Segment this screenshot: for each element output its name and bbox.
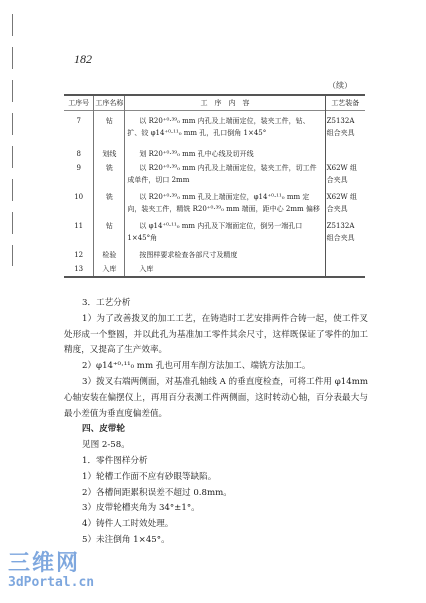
page-number: 182 xyxy=(74,52,92,67)
cell-equipment: X62W 组合夹具 xyxy=(325,161,365,187)
cell-step-content: 以 φ14⁺⁰·¹¹₀ mm 内孔及下端面定位，倒另一端孔口 1×45°角 xyxy=(125,216,325,245)
section-heading-pulley: 四、皮带轮 xyxy=(64,422,368,438)
watermark-cn: 三维网 xyxy=(8,553,94,575)
paragraph: 1）为了改善拨叉的加工工艺，在铸造时工艺安排两件合铸一起，使工件叉处形成一个整圆… xyxy=(64,312,368,359)
cell-equipment xyxy=(325,245,365,262)
header-equipment: 工艺装备 xyxy=(325,95,365,111)
list-item: 1）轮槽工作面不应有砂眼等缺陷。 xyxy=(64,470,368,486)
figure-reference: 见图 2-58。 xyxy=(64,438,368,454)
cell-step-content: 按图样要求检查各部尺寸及精度 xyxy=(125,245,325,262)
list-item: 3）皮带轮槽夹角为 34°±1°。 xyxy=(64,501,368,517)
cell-equipment xyxy=(325,262,365,277)
site-watermark: 三维网 3dPortal.cn xyxy=(8,553,94,590)
cell-equipment: Z5132A 组合夹具 xyxy=(325,111,365,141)
process-table: 工序号 工序名称 工 序 内 容 工艺装备 7 钻 以 R20⁺⁰·³⁹₀ mm… xyxy=(64,94,365,278)
subsection-heading-drawing-analysis: 1．零件图样分析 xyxy=(64,454,368,470)
cell-step-no: 8 xyxy=(64,140,94,161)
cell-step-no: 7 xyxy=(64,111,94,141)
table-header-row: 工序号 工序名称 工 序 内 容 工艺装备 xyxy=(64,95,365,111)
cell-step-no: 13 xyxy=(64,262,94,277)
table-row: 12 检验 按图样要求检查各部尺寸及精度 xyxy=(64,245,365,262)
paragraph: 2）φ14⁺⁰·¹¹₀ mm 孔也可用车削方法加工、端铣方法加工。 xyxy=(64,359,368,375)
header-step-content: 工 序 内 容 xyxy=(125,95,325,111)
cell-equipment: X62W 组合夹具 xyxy=(325,187,365,216)
header-step-no: 工序号 xyxy=(64,95,94,111)
cell-step-no: 11 xyxy=(64,216,94,245)
cell-step-name: 铣 xyxy=(94,161,125,187)
header-step-name: 工序名称 xyxy=(94,95,125,111)
cell-step-name: 铣 xyxy=(94,187,125,216)
cell-step-content: 划 R20⁺⁰·³⁹₀ mm 孔中心线及切开线 xyxy=(125,140,325,161)
table-row: 10 铣 以 R20⁺⁰·³⁹₀ mm 孔及上端面定位，φ14⁺⁰·¹¹₀ mm… xyxy=(64,187,365,216)
table-row: 13 入库 入库 xyxy=(64,262,365,277)
section-heading-process-analysis: 3．工艺分析 xyxy=(64,296,368,312)
cell-step-name: 检验 xyxy=(94,245,125,262)
cell-step-content: 以 R20⁺⁰·³⁹₀ mm 孔及上端面定位，φ14⁺⁰·¹¹₀ mm 定向，装… xyxy=(125,187,325,216)
cell-step-no: 10 xyxy=(64,187,94,216)
cell-step-content: 入库 xyxy=(125,262,325,277)
cell-step-no: 9 xyxy=(64,161,94,187)
list-item: 4）铸件人工时效处理。 xyxy=(64,517,368,533)
body-text: 3．工艺分析 1）为了改善拨叉的加工工艺，在铸造时工艺安排两件合铸一起，使工件叉… xyxy=(64,296,368,549)
book-page: 182 （续） 工序号 工序名称 工 序 内 容 工艺装备 7 钻 以 R20⁺… xyxy=(0,0,426,603)
cell-step-name: 入库 xyxy=(94,262,125,277)
cell-step-name: 钻 xyxy=(94,111,125,141)
cell-equipment xyxy=(325,140,365,161)
cell-step-no: 12 xyxy=(64,245,94,262)
watermark-en: 3dPortal.cn xyxy=(8,575,94,590)
table-row: 7 钻 以 R20⁺⁰·³⁹₀ mm 内孔及上端面定位，装夹工件，钻、扩、铰 φ… xyxy=(64,111,365,141)
table-row: 11 钻 以 φ14⁺⁰·¹¹₀ mm 内孔及下端面定位，倒另一端孔口 1×45… xyxy=(64,216,365,245)
paragraph: 3）拨叉右端两侧面，对基准孔轴线 A 的垂直度检查，可将工件用 φ14mm 心轴… xyxy=(64,375,368,422)
cell-step-content: 以 R20⁺⁰·³⁹₀ mm 内孔及上端面定位，装夹工件，切工件成单件，切口 2… xyxy=(125,161,325,187)
cell-equipment: Z5132A 组合夹具 xyxy=(325,216,365,245)
cell-step-name: 钻 xyxy=(94,216,125,245)
list-item: 2）各槽间距累积误差不超过 0.8mm。 xyxy=(64,486,368,502)
list-item: 5）未注倒角 1×45°。 xyxy=(64,533,368,549)
table-row: 8 划线 划 R20⁺⁰·³⁹₀ mm 孔中心线及切开线 xyxy=(64,140,365,161)
table-row: 9 铣 以 R20⁺⁰·³⁹₀ mm 内孔及上端面定位，装夹工件，切工件成单件，… xyxy=(64,161,365,187)
table-continued-label: （续） xyxy=(328,80,352,91)
cell-step-name: 划线 xyxy=(94,140,125,161)
cell-step-content: 以 R20⁺⁰·³⁹₀ mm 内孔及上端面定位，装夹工件，钻、扩、铰 φ14⁺⁰… xyxy=(125,111,325,141)
binding-margin-rule xyxy=(12,14,13,266)
